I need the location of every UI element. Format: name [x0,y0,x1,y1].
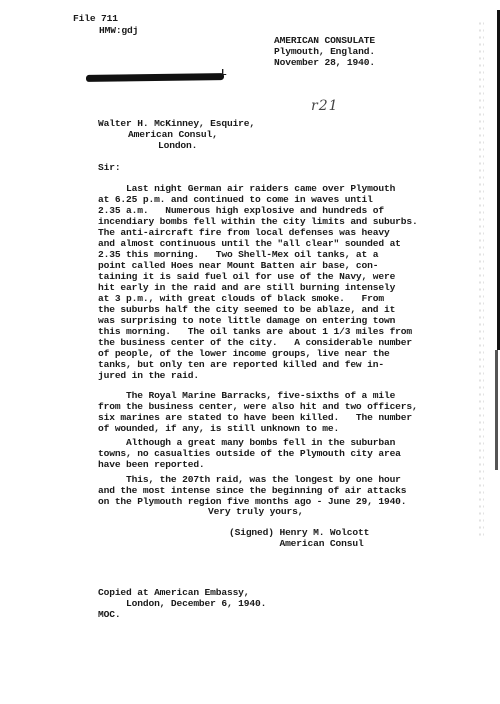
text-line: jured in the raid. [98,370,418,381]
text-line: point called Hoes near Mount Batten air … [98,260,418,271]
copy-initials: MOC. [98,609,120,620]
text-line: 2.35 a.m. Numerous high explosive and hu… [98,205,418,216]
text-line: towns, no casualties outside of the Plym… [98,448,401,459]
closing: Very truly yours, [208,506,303,517]
redacted-label-tail: L [221,67,227,78]
text-line: 2.35 this morning. Two Shell-Mex oil tan… [98,249,418,260]
text-line: tanks, but only ten are reported killed … [98,359,418,370]
sender-line-2: Plymouth, England. [274,46,375,57]
sender-line-1: AMERICAN CONSULATE [274,35,375,46]
copy-note-line-2: London, December 6, 1940. [98,598,266,609]
addressee-title: American Consul, [128,129,218,140]
text-line: Although a great many bombs fell in the … [98,437,401,448]
text-line: this morning. The oil tanks are about 1 … [98,326,418,337]
addressee-name: Walter H. McKinney, Esquire, [98,118,255,129]
paragraph-3: Although a great many bombs fell in the … [98,437,401,470]
letter-date: November 28, 1940. [274,57,375,68]
signature-title: American Consul [229,538,364,549]
document-page: File 711 HMW:gdj L AMERICAN CONSULATE Pl… [0,0,500,704]
salutation: Sir: [98,162,120,173]
text-line: at 3 p.m., with great clouds of black sm… [98,293,418,304]
paragraph-4: This, the 207th raid, was the longest by… [98,474,406,507]
addressee-city: London. [158,140,197,151]
text-line: Last night German air raiders came over … [98,183,418,194]
redaction-bar [86,73,224,82]
handwritten-mark: r21 [311,101,339,112]
typist-initials: HMW:gdj [99,25,138,36]
text-line: incendiary bombs fell within the city li… [98,216,418,227]
text-line: The anti-aircraft fire from local defens… [98,227,418,238]
paragraph-1: Last night German air raiders came over … [98,183,418,381]
text-line: of wounded, if any, is still unknown to … [98,423,418,434]
scan-noise [478,20,484,540]
text-line: This, the 207th raid, was the longest by… [98,474,406,485]
text-line: the suburbs half the city seemed to be a… [98,304,418,315]
copy-note-line-1: Copied at American Embassy, [98,587,249,598]
text-line: hit early in the raid and are still burn… [98,282,418,293]
paragraph-2: The Royal Marine Barracks, five-sixths o… [98,390,418,434]
file-reference: File 711 [73,13,118,24]
text-line: and almost continuous until the "all cle… [98,238,418,249]
text-line: of people, of the lower income groups, l… [98,348,418,359]
text-line: from the business center, were also hit … [98,401,418,412]
text-line: and the most intense since the beginning… [98,485,406,496]
text-line: the business center of the city. A consi… [98,337,418,348]
signature-name: (Signed) Henry M. Wolcott [229,527,369,538]
text-line: have been reported. [98,459,401,470]
text-line: at 6.25 p.m. and continued to come in wa… [98,194,418,205]
text-line: six marines are stated to have been kill… [98,412,418,423]
text-line: was surprising to note little damage on … [98,315,418,326]
text-line: taining it is said fuel oil for use of t… [98,271,418,282]
text-line: The Royal Marine Barracks, five-sixths o… [98,390,418,401]
scan-edge [495,350,498,470]
